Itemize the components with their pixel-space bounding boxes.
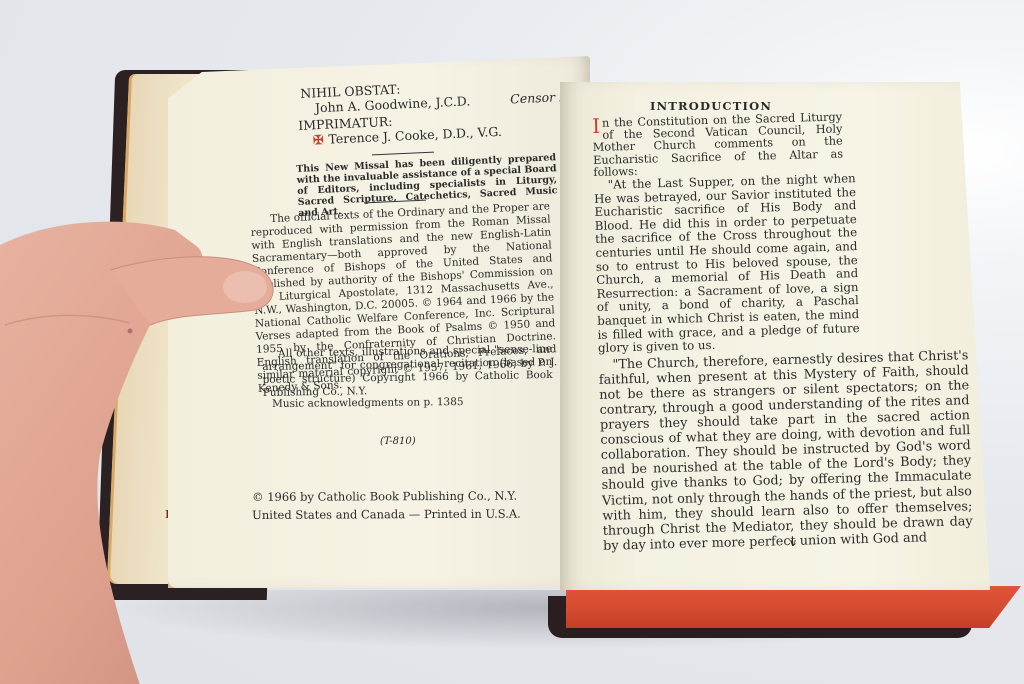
intro-paragraph-1: n the Constitution on the Sacred Liturgy… <box>593 110 844 178</box>
other-texts-note: All other texts, illustrations and speci… <box>262 343 553 400</box>
catalog-code: (T-810) <box>380 436 416 449</box>
red-page-edge <box>566 586 1021 628</box>
copyright-line: © 1966 by Catholic Book Publishing Co., … <box>252 487 521 506</box>
music-acknowledgments: Music acknowledgments on p. 1385 <box>272 396 464 411</box>
red-cross-icon: ✠ <box>313 132 324 147</box>
intro-paragraph-3: "The Church, therefore, earnestly desire… <box>598 348 973 554</box>
introduction-text: In the Constitution on the Sacred Liturg… <box>592 108 998 554</box>
page-title: INTRODUCTION <box>650 99 772 113</box>
page-number: v <box>790 538 796 549</box>
photo-scene: F F V V L E E Y P P A B NIHIL OBSTAT: Jo… <box>0 0 1024 684</box>
hand <box>0 215 290 684</box>
drop-cap: I <box>592 118 600 134</box>
printed-line: United States and Canada — Printed in U.… <box>252 505 521 524</box>
intro-paragraph-2: "At the Last Supper, on the night when H… <box>594 172 861 356</box>
copyright-block: © 1966 by Catholic Book Publishing Co., … <box>252 487 521 524</box>
